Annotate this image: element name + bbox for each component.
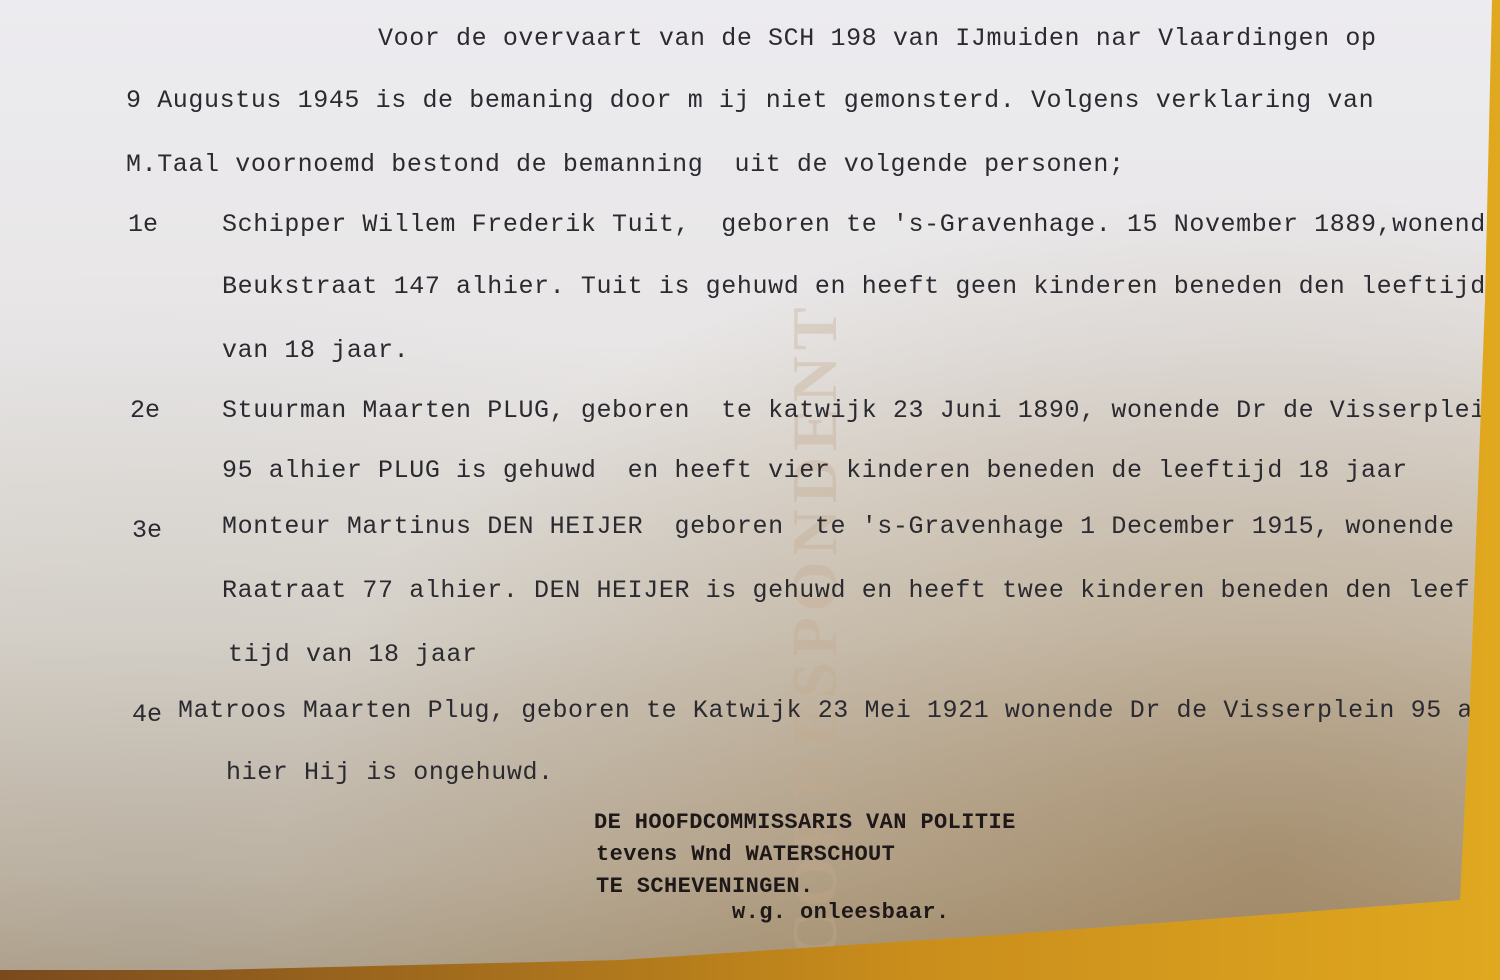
signature-note: w.g. onleesbaar. [732, 900, 950, 925]
crew-number: 4e [132, 700, 162, 729]
crew-line: Raatraat 77 alhier. DEN HEIJER is gehuwd… [222, 576, 1486, 605]
crew-line: Matroos Maarten Plug, geboren te Katwijk… [178, 696, 1500, 725]
crew-number: 3e [132, 516, 162, 545]
crew-line: hier Hij is ongehuwd. [226, 758, 554, 787]
crew-line: Schipper Willem Frederik Tuit, geboren t… [222, 210, 1500, 239]
crew-line: 95 alhier PLUG is gehuwd en heeft vier k… [222, 456, 1408, 485]
signature-line: tevens Wnd WATERSCHOUT [596, 842, 895, 867]
signature-line: TE SCHEVENINGEN. [596, 874, 814, 899]
crew-line: van 18 jaar. [222, 336, 409, 365]
watermark: CORRESPONDENT [778, 290, 848, 970]
intro-line-2: 9 Augustus 1945 is de bemaning door m ij… [126, 86, 1374, 115]
crew-line: Stuurman Maarten PLUG, geboren te katwij… [222, 396, 1500, 425]
crew-line: Monteur Martinus DEN HEIJER geboren te '… [222, 512, 1455, 541]
intro-line-3: M.Taal voornoemd bestond de bemanning ui… [126, 150, 1125, 179]
intro-line-1: Voor de overvaart van de SCH 198 van IJm… [378, 24, 1377, 53]
crew-line: tijd van 18 jaar [228, 640, 478, 669]
signature-title: DE HOOFDCOMMISSARIS VAN POLITIE [594, 810, 1016, 835]
typewritten-page: CORRESPONDENT Voor de overvaart van de S… [0, 0, 1492, 970]
crew-number: 2e [130, 396, 160, 425]
crew-number: 1e [128, 210, 158, 239]
crew-line: Beukstraat 147 alhier. Tuit is gehuwd en… [222, 272, 1486, 301]
